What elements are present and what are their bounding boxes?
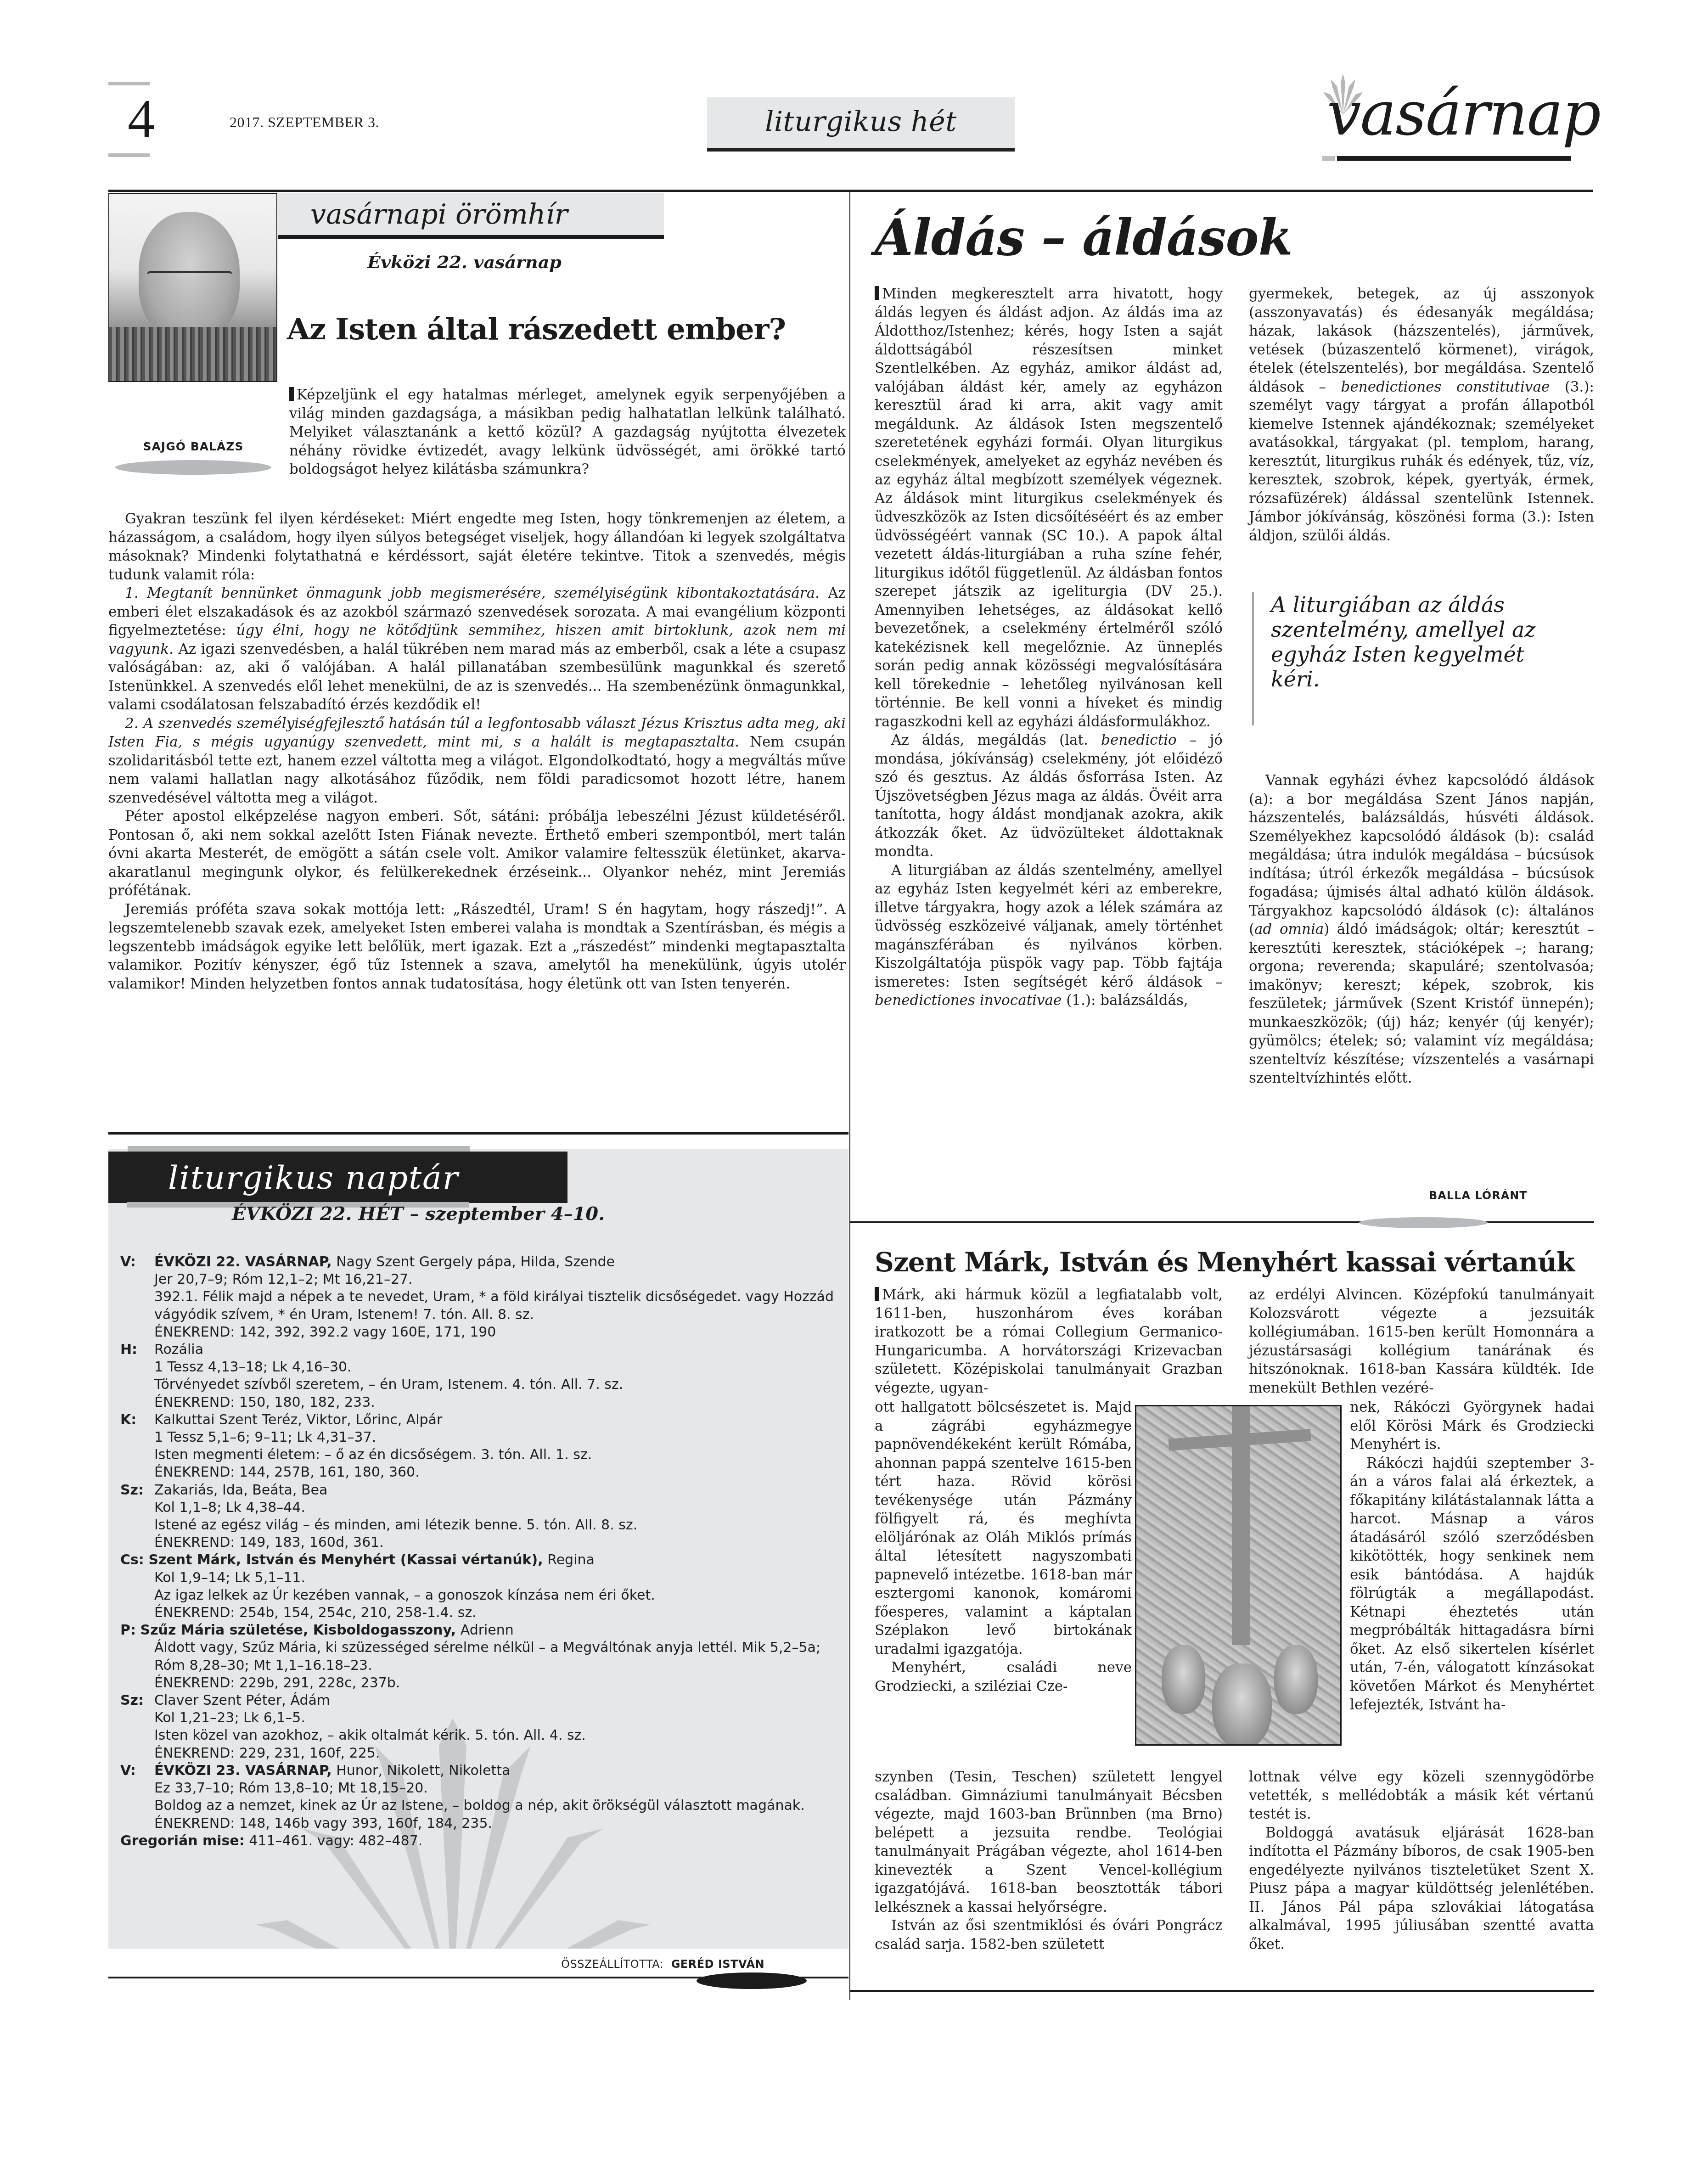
- section-tab: liturgikus hét: [707, 97, 1015, 152]
- lead-marker-icon: [289, 387, 294, 401]
- calendar-entry-tuesday: K: Kalkuttai Szent Teréz, Viktor, Lőrinc…: [120, 1411, 837, 1482]
- italic-text: 2. A szenvedés személyiségfejlesztő hatá…: [108, 715, 846, 751]
- calendar-entry-saturday: Sz: Claver Szent Péter, Ádám Kol 1,21–23…: [120, 1692, 837, 1762]
- masthead-rule-grey: [1322, 156, 1335, 161]
- section-divider: [108, 1132, 848, 1135]
- text: Az igazi szenvedésben, a halál tükrében …: [108, 641, 846, 714]
- readings: Jer 20,7–9; Róm 12,1–2; Mt 16,21–27.: [154, 1271, 837, 1288]
- feast-name: Szűz Mária születése, Kisboldogasszony,: [140, 1622, 456, 1638]
- saint-names: Kalkuttai Szent Teréz, Viktor, Lőrinc, A…: [154, 1412, 442, 1428]
- hymn-order: ÉNEKREND: 142, 392, 392.2 vagy 160E, 171…: [154, 1324, 837, 1341]
- masthead-title: vasárnap: [1327, 84, 1600, 144]
- feast-name: Szent Márk, István és Menyhért (Kassai v…: [148, 1552, 543, 1568]
- paragraph: Péter apostol elképzelése nagyon emberi.…: [108, 807, 846, 900]
- readings: 1 Tessz 4,13–18; Lk 4,16–30.: [154, 1359, 837, 1376]
- martyr-face: [1162, 1645, 1205, 1714]
- author-byline: BALLA LÓRÁNT: [1429, 1189, 1528, 1202]
- hymn-order: ÉNEKREND: 229b, 291, 228c, 237b.: [120, 1675, 837, 1692]
- paragraph: Vannak egyházi évhez kapcsolódó áldások …: [1249, 771, 1594, 1088]
- feast-name: ÉVKÖZI 22. VASÁRNAP,: [154, 1254, 332, 1270]
- text: Vannak egyházi évhez kapcsolódó áldások …: [1249, 772, 1594, 938]
- byline-ornament: [115, 460, 271, 475]
- psalm: Az igaz lelkek az Úr kezében vannak, – a…: [120, 1587, 837, 1604]
- paragraph: gyermekek, betegek, az új asszonyok (ass…: [1249, 285, 1594, 545]
- liturgical-sunday: Évközi 22. vasárnap: [367, 252, 562, 272]
- calendar-entry-sunday: V: ÉVKÖZI 22. VASÁRNAP, Nagy Szent Gerge…: [120, 1253, 837, 1341]
- psalm: 392.1. Félik majd a népek a te nevedet, …: [154, 1288, 837, 1323]
- text: A liturgiában az áldás szentelmény, amel…: [875, 862, 1223, 990]
- text: Az áldás, megáldás (lat.: [891, 732, 1101, 748]
- article-column-2-top: az erdélyi Alvincen. Középfokú tanulmány…: [1249, 1286, 1594, 1397]
- hymn-order: ÉNEKREND: 229, 231, 160f, 225.: [154, 1745, 837, 1762]
- readings: Ez 33,7–10; Róm 13,8–10; Mt 18,15–20.: [154, 1780, 837, 1797]
- hymn-order: ÉNEKREND: 150, 180, 182, 233.: [154, 1394, 837, 1411]
- article-column-2-middle: nek, Rákóczi Györgynek hadai elől Körösi…: [1350, 1398, 1594, 1714]
- gregorian-mass: Gregorián mise: 411–461. vagy: 482–487.: [120, 1832, 837, 1850]
- credit-name: GERÉD ISTVÁN: [671, 1958, 764, 1971]
- intro-text: Képzeljünk el egy hatalmas mérleget, ame…: [289, 387, 846, 478]
- italic-text: benedictiones invocativae: [875, 992, 1062, 1009]
- italic-text: ad omnia: [1254, 921, 1324, 938]
- saint-names: Rozália: [154, 1342, 203, 1358]
- calendar-entry-friday: P: Szűz Mária születése, Kisboldogasszon…: [120, 1622, 837, 1692]
- feast-name: ÉVKÖZI 23. VASÁRNAP,: [154, 1763, 332, 1779]
- paragraph: 1. Megtanít bennünket önmagunk jobb megi…: [108, 584, 846, 714]
- psalm: Törvényedet szívből szeretem, – én Uram,…: [154, 1376, 837, 1394]
- header-divider: [108, 190, 1593, 192]
- psalm: Isten közel van azokhoz, – akik oltalmát…: [154, 1727, 837, 1744]
- psalm: Istené az egész világ – és minden, ami l…: [154, 1517, 837, 1534]
- day-abbrev: Cs:: [120, 1552, 144, 1568]
- hymn-order: ÉNEKREND: 254b, 154, 254c, 210, 258-1.4.…: [120, 1604, 837, 1622]
- saint-names: Zakariás, Ida, Beáta, Bea: [154, 1482, 327, 1498]
- italic-text: 1. Megtanít bennünket önmagunk jobb megi…: [125, 585, 820, 601]
- paragraph: Márk, aki hármuk közül a legfiatalabb vo…: [875, 1286, 1223, 1397]
- calendar-week: ÉVKÖZI 22. HÉT – szeptember 4–10.: [232, 1203, 605, 1225]
- paragraph: A liturgiában az áldás szentelmény, amel…: [875, 861, 1223, 1010]
- paragraph: lottnak vélve egy közeli szennygödörbe v…: [1249, 1768, 1594, 1824]
- author-photo-shirt: [109, 327, 277, 382]
- text: (3.): személyt vagy tárgyat a profán áll…: [1249, 379, 1594, 544]
- paragraph: Menyhért, családi neve Grodziecki, a szi…: [875, 1658, 1132, 1696]
- day-abbrev: H:: [120, 1341, 137, 1359]
- masthead-rule-black: [1337, 156, 1571, 161]
- paragraph: nek, Rákóczi Györgynek hadai elől Körösi…: [1350, 1398, 1594, 1454]
- lead-marker-icon: [875, 286, 879, 300]
- paragraph: Rákóczi hajdúi szeptember 3-án a város f…: [1350, 1454, 1594, 1714]
- author-photo: [108, 193, 277, 382]
- calendar-title: liturgikus naptár: [168, 1159, 459, 1197]
- pull-quote: A liturgiában az áldás szentelmény, amel…: [1253, 592, 1546, 725]
- calendar-credit: ÖSSZEÁLLÍTOTTA: GERÉD ISTVÁN: [561, 1958, 764, 1971]
- calendar-entry-wednesday: Sz: Zakariás, Ida, Beáta, Bea Kol 1,1–8;…: [120, 1482, 837, 1552]
- author-byline: SAJGÓ BALÁZS: [108, 440, 278, 453]
- saint-names: Claver Szent Péter, Ádám: [154, 1692, 330, 1708]
- paragraph: az erdélyi Alvincen. Középfokú tanulmány…: [1249, 1286, 1594, 1397]
- readings: Kol 1,21–23; Lk 6,1–5.: [154, 1709, 837, 1727]
- cross-post: [1232, 1406, 1250, 1645]
- article-column-2-bottom: lottnak vélve egy közeli szennygödörbe v…: [1249, 1768, 1594, 1954]
- paragraph: ott hallgatott bölcsészetet is. Majd a z…: [875, 1398, 1132, 1658]
- hymn-order: ÉNEKREND: 149, 183, 160d, 361.: [154, 1534, 837, 1551]
- day-abbrev: Sz:: [120, 1692, 144, 1709]
- article-headline: Az Isten által rászedett ember?: [287, 312, 786, 347]
- saint-names: Adrienn: [456, 1622, 514, 1638]
- article-column-1-bottom: szynben (Tesin, Teschen) született lengy…: [875, 1768, 1223, 1954]
- column-divider: [849, 192, 850, 2000]
- author-photo-glasses: [147, 271, 232, 289]
- text: – jó mondása, jókívánság) cselekmény, jó…: [875, 732, 1223, 860]
- page-number-bar-top: [108, 82, 150, 85]
- calendar-entry-thursday: Cs: Szent Márk, István és Menyhért (Kass…: [120, 1551, 837, 1622]
- article-body: Gyakran teszünk fel ilyen kérdéseket: Mi…: [108, 510, 846, 993]
- psalm: Boldog az a nemzet, kinek az Úr az Isten…: [154, 1797, 837, 1815]
- paragraph: 2. A szenvedés személyiségfejlesztő hatá…: [108, 714, 846, 808]
- calendar-entry-monday: H: Rozália 1 Tessz 4,13–18; Lk 4,16–30. …: [120, 1341, 837, 1411]
- readings: 1 Tessz 5,1–6; 9–11; Lk 4,31–37.: [154, 1429, 837, 1446]
- article-column-1-middle: ott hallgatott bölcsészetet is. Majd a z…: [875, 1398, 1132, 1696]
- day-abbrev: K:: [120, 1411, 136, 1429]
- column-kicker: vasárnapi örömhír: [278, 193, 664, 239]
- lead-marker-icon: [875, 1287, 879, 1301]
- article-headline: Szent Márk, István és Menyhért kassai vé…: [875, 1247, 1574, 1278]
- text: Minden megkeresztelt arra hivatott, hogy…: [875, 286, 1223, 730]
- day-abbrev: P:: [120, 1622, 136, 1638]
- calendar-entry-next-sunday: V: ÉVKÖZI 23. VASÁRNAP, Hunor, Nikolett,…: [120, 1762, 837, 1832]
- paragraph: Az áldás, megáldás (lat. benedictio – jó…: [875, 731, 1223, 861]
- italic-text: benedictio: [1101, 732, 1177, 748]
- day-abbrev: V:: [120, 1762, 136, 1780]
- readings: Kol 1,1–8; Lk 4,38–44.: [154, 1499, 837, 1517]
- martyr-face: [1212, 1663, 1272, 1746]
- article-column-1-top: Márk, aki hármuk közül a legfiatalabb vo…: [875, 1286, 1223, 1397]
- issue-date: 2017. SZEPTEMBER 3.: [230, 114, 379, 131]
- gregorian-label: Gregorián mise:: [120, 1833, 245, 1849]
- column-kicker-text: vasárnapi örömhír: [310, 198, 567, 230]
- article-intro: Képzeljünk el egy hatalmas mérleget, ame…: [289, 386, 846, 479]
- readings: Áldott vagy, Szűz Mária, ki szüzességed …: [120, 1639, 837, 1674]
- calendar-entries: V: ÉVKÖZI 22. VASÁRNAP, Nagy Szent Gerge…: [120, 1253, 837, 1850]
- text: ) áldó imádságok; oltár; keresztút – ker…: [1249, 921, 1594, 1086]
- psalm: Isten megmenti életem: – ő az én dicsősé…: [154, 1446, 837, 1464]
- article-headline: Áldás – áldások: [875, 209, 1292, 267]
- section-title: liturgikus hét: [765, 106, 957, 138]
- paragraph: Minden megkeresztelt arra hivatott, hogy…: [875, 285, 1223, 731]
- text: Márk, aki hármuk közül a legfiatalabb vo…: [875, 1287, 1223, 1396]
- article-column-2: gyermekek, betegek, az új asszonyok (ass…: [1249, 285, 1594, 545]
- masthead: vasárnap: [1322, 73, 1616, 165]
- article-column-1: Minden megkeresztelt arra hivatott, hogy…: [875, 285, 1223, 1010]
- calendar-ornament: [697, 1972, 807, 1989]
- saint-names: Hunor, Nikolett, Nikoletta: [332, 1763, 511, 1779]
- readings: Kol 1,9–14; Lk 5,1–11.: [120, 1569, 837, 1587]
- paragraph: Jeremiás próféta szava sokak mottója let…: [108, 900, 846, 994]
- hymn-order: ÉNEKREND: 144, 257B, 161, 180, 360.: [154, 1464, 837, 1481]
- page-number: 4: [128, 92, 155, 146]
- calendar-title-block: liturgikus naptár: [108, 1146, 567, 1206]
- saint-names: Nagy Szent Gergely pápa, Hilda, Szende: [332, 1254, 615, 1270]
- hymn-order: ÉNEKREND: 148, 146b vagy 393, 160f, 184,…: [154, 1815, 837, 1832]
- credit-label: ÖSSZEÁLLÍTOTTA:: [561, 1958, 663, 1971]
- martyrs-relief-image: [1135, 1405, 1342, 1746]
- article-column-2-continued: Vannak egyházi évhez kapcsolódó áldások …: [1249, 771, 1594, 1088]
- day-abbrev: V:: [120, 1253, 136, 1271]
- byline-ornament: [1359, 1217, 1488, 1228]
- paragraph: Gyakran teszünk fel ilyen kérdéseket: Mi…: [108, 510, 846, 584]
- day-abbrev: Sz:: [120, 1482, 144, 1499]
- page-number-bar-bottom: [108, 153, 150, 157]
- paragraph: István az ősi szentmiklósi és óvári Pong…: [875, 1916, 1223, 1954]
- paragraph: Boldoggá avatásuk eljárását 1628-ban ind…: [1249, 1824, 1594, 1954]
- text: (1.): balázsáldás,: [1062, 992, 1188, 1009]
- italic-text: benedictiones constitutivae: [1341, 379, 1550, 395]
- gregorian-value: 411–461. vagy: 482–487.: [245, 1833, 423, 1849]
- paragraph: szynben (Tesin, Teschen) született lengy…: [875, 1768, 1223, 1916]
- saint-names: Regina: [543, 1552, 595, 1568]
- martyr-face: [1274, 1645, 1318, 1714]
- section-divider: [850, 1990, 1594, 1992]
